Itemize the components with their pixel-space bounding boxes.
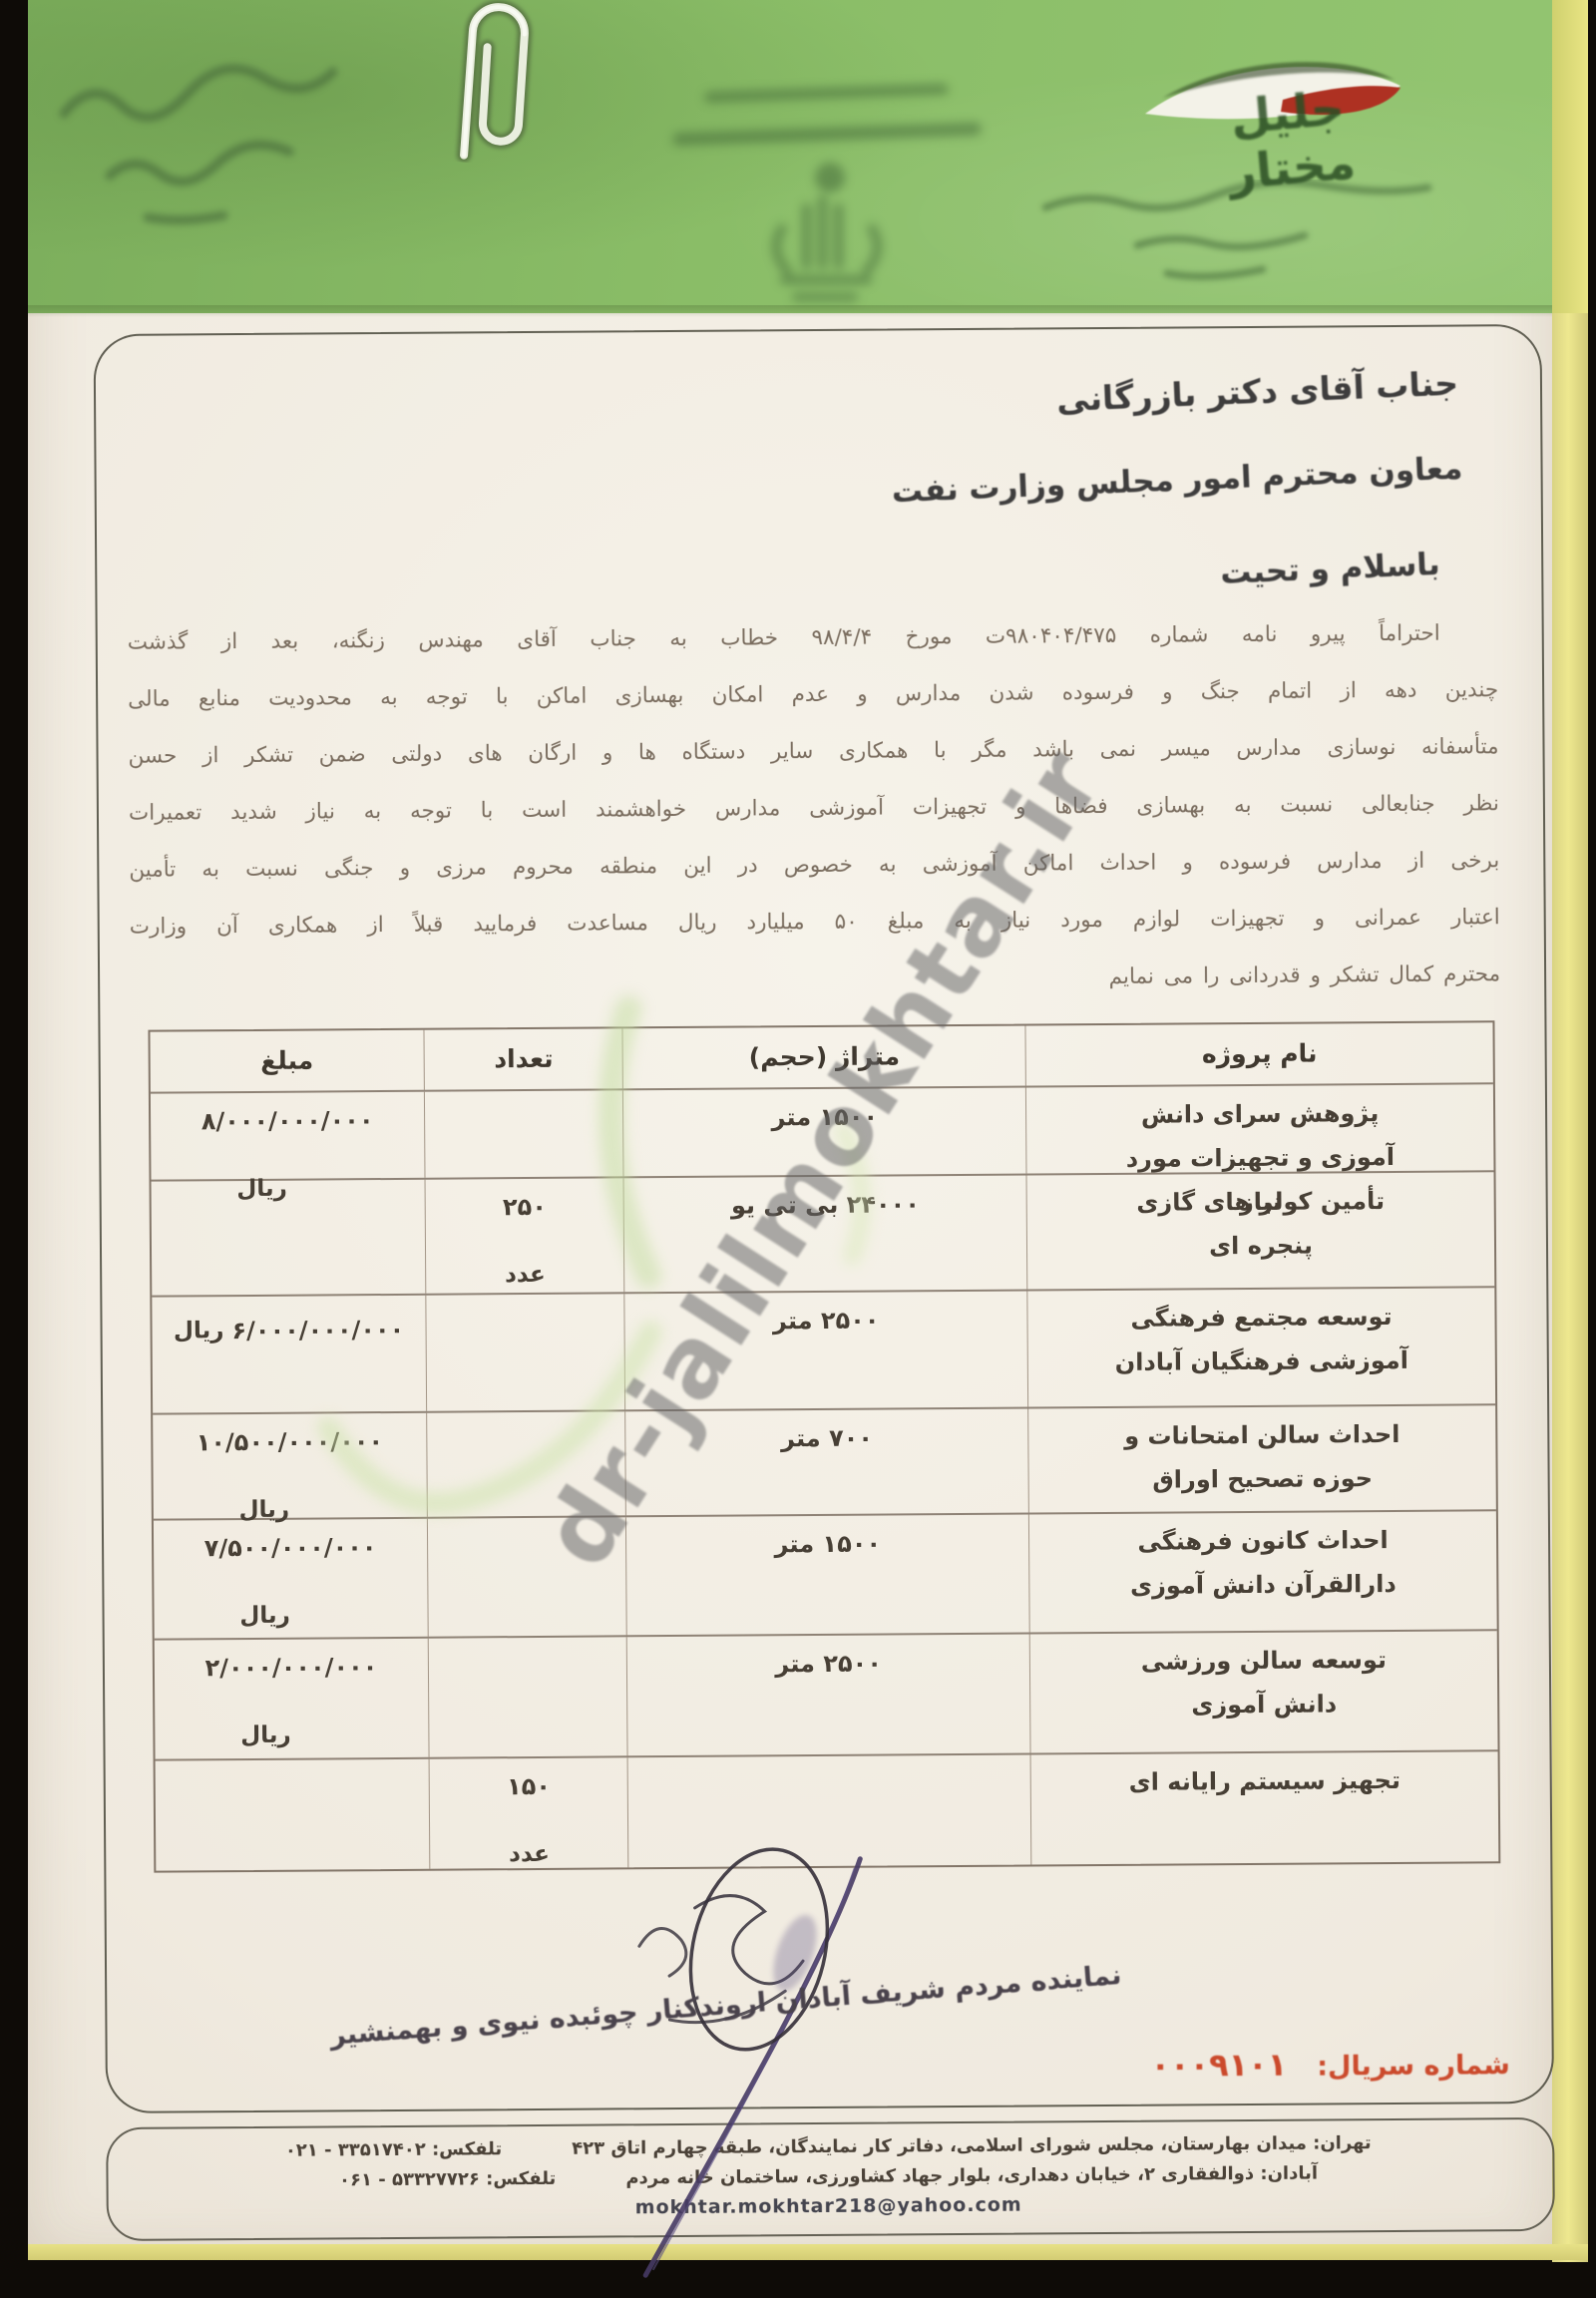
project-name-cell: احداث کانون فرهنگی دارالقرآن دانش آموزی	[1028, 1511, 1497, 1632]
metraj-cell: ۲۴۰۰۰ بی تی یو	[623, 1176, 1026, 1293]
amount-cell: ۸/۰۰۰/۰۰۰/۰۰۰ریال	[151, 1092, 425, 1180]
tedad-cell: ۲۵۰عدد	[425, 1178, 624, 1293]
project-name-cell: پژوهش سرای دانش آموزی و تجهیزات مورد نیا…	[1025, 1084, 1494, 1173]
project-name-cell: تجهیز سیستم رایانه ای	[1030, 1751, 1499, 1864]
table-row: پژوهش سرای دانش آموزی و تجهیزات مورد نیا…	[151, 1084, 1494, 1181]
tedad-cell	[424, 1090, 623, 1177]
metraj-cell: ۱۵۰۰ متر	[622, 1088, 1025, 1177]
table-row: احداث کانون فرهنگی دارالقرآن دانش آموزی۱…	[154, 1511, 1497, 1640]
body-line: محترم کمال تشکر و قدردانی را می نمایم	[130, 955, 1500, 1021]
body-line: احتراماً پیرو نامه شماره ۹۸۰۴۰۴/۴۷۵ت مور…	[128, 613, 1498, 680]
scanned-letter-page: جلیل مختار جناب آقای دکتر بازرگانی معاون…	[0, 0, 1596, 2298]
body-line: چندین دهه از اتمام جنگ و فرسوده شدن مدار…	[128, 670, 1498, 737]
table-row: احداث سالن امتحانات و حوزه تصحیح اوراق۷۰…	[153, 1405, 1496, 1520]
header-mablagh: مبلغ	[150, 1030, 423, 1092]
body-line: اعتبار عمرانی و تجهیزات لوازم مورد نیاز …	[130, 898, 1500, 964]
header-metraj: متراژ (حجم)	[622, 1026, 1025, 1089]
body-line: برخی از مدارس فرسوده و احداث اماکن آموزش…	[129, 841, 1499, 908]
header-tedad: تعداد	[424, 1028, 623, 1089]
serial-value: ۰۰۰۹۱۰۱	[1150, 2046, 1287, 2085]
project-name-cell: احداث سالن امتحانات و حوزه تصحیح اوراق	[1027, 1405, 1496, 1512]
header-project-name: نام پروژه	[1025, 1022, 1493, 1085]
body-line: متأسفانه نوسازی مدارس میسر نمی باشد مگر …	[128, 727, 1498, 794]
metraj-cell: ۲۵۰۰ متر	[626, 1635, 1029, 1756]
tedad-cell: ۱۵۰عدد	[429, 1757, 628, 1868]
metraj-cell: ۷۰۰ متر	[625, 1409, 1028, 1516]
projects-table: نام پروژه متراژ (حجم) تعداد مبلغ پژوهش س…	[148, 1020, 1500, 1872]
metraj-cell: ۲۵۰۰ متر	[624, 1292, 1027, 1410]
project-name-cell: توسعه سالن ورزشی دانش آموزی	[1029, 1631, 1498, 1752]
projects-table-body: پژوهش سرای دانش آموزی و تجهیزات مورد نیا…	[151, 1084, 1498, 1870]
table-row: توسعه سالن ورزشی دانش آموزی۲۵۰۰ متر۲/۰۰۰…	[155, 1631, 1498, 1760]
project-name-cell: تأمین کولر های گازی پنجره ای	[1026, 1172, 1495, 1289]
table-row: توسعه مجتمع فرهنگی آموزشی فرهنگیان آبادا…	[152, 1288, 1495, 1414]
tedad-cell	[425, 1294, 624, 1410]
amount-cell: ۷/۵۰۰/۰۰۰/۰۰۰ریال	[154, 1519, 428, 1639]
serial-number: شماره سریال: ۰۰۰۹۱۰۱	[1033, 2044, 1510, 2085]
table-header-row: نام پروژه متراژ (حجم) تعداد مبلغ	[150, 1022, 1492, 1093]
amount-cell: ۶/۰۰۰/۰۰۰/۰۰۰ریال	[152, 1296, 426, 1413]
footer-tehran-fax: تلفکس: ۳۳۵۱۷۴۰۲ - ۰۲۱	[285, 2138, 502, 2161]
table-row: تجهیز سیستم رایانه ای۱۵۰عدد	[156, 1751, 1499, 1870]
letter-body: احتراماً پیرو نامه شماره ۹۸۰۴۰۴/۴۷۵ت مور…	[128, 613, 1501, 1021]
amount-cell	[156, 1759, 430, 1871]
amount-cell	[152, 1180, 426, 1296]
amount-cell: ۲/۰۰۰/۰۰۰/۰۰۰ریال	[155, 1639, 429, 1759]
body-line: نظر جنابعالی نسبت به بهسازی فضاها و تجهی…	[129, 784, 1499, 851]
letter-content: جناب آقای دکتر بازرگانی معاون محترم امور…	[0, 0, 1596, 2298]
metraj-cell	[627, 1755, 1030, 1868]
tedad-cell	[427, 1517, 626, 1636]
tedad-cell	[428, 1637, 627, 1756]
footer-abadan-fax: تلفکس: ۵۳۳۲۷۷۲۶ - ۰۶۱	[339, 2168, 556, 2191]
amount-cell: ۱۰/۵۰۰/۰۰۰/۰۰۰ریال	[153, 1413, 427, 1519]
metraj-cell: ۱۵۰۰ متر	[625, 1515, 1028, 1636]
serial-label: شماره سریال:	[1317, 2050, 1510, 2082]
project-name-cell: توسعه مجتمع فرهنگی آموزشی فرهنگیان آبادا…	[1026, 1288, 1495, 1406]
table-row: تأمین کولر های گازی پنجره ای۲۴۰۰۰ بی تی …	[152, 1172, 1495, 1297]
tedad-cell	[426, 1411, 625, 1516]
